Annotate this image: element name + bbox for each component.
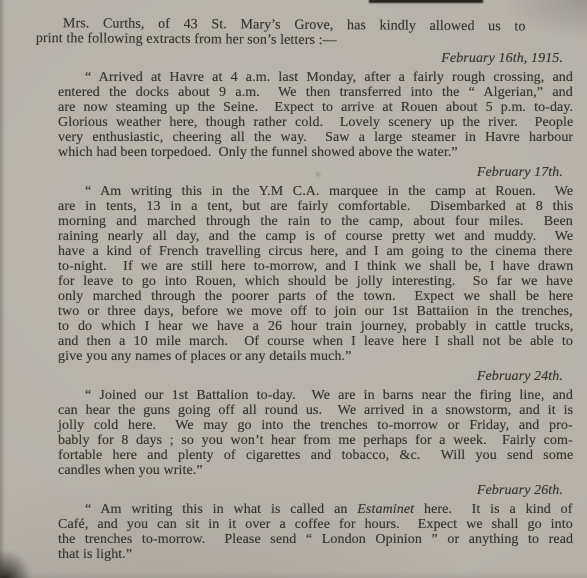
text-line: Glorious weather here, though rather col…	[58, 115, 573, 130]
text-line-content: which had been torpedoed. Only the funne…	[58, 145, 458, 160]
text-line-content: fortable here and plenty of cigarettes a…	[58, 448, 573, 463]
text-line: to-night. If we are still here to-morrow…	[58, 259, 573, 274]
letter-section: February 26th. “ Am writing this in what…	[58, 483, 573, 562]
text-line: only marched through the poorer parts of…	[58, 289, 573, 304]
text-line: bably for 8 days ; so you won’t hear fro…	[58, 433, 573, 448]
letter-body: “ Joined our 1st Battalion to-day. We ar…	[58, 388, 573, 478]
text-line-content: “ Joined our 1st Battalion to-day. We ar…	[85, 388, 573, 403]
text-line: have a kind of French travelling circus …	[58, 244, 573, 259]
letter-date: February 17th.	[58, 165, 573, 180]
text-line: raining nearly all day, and the camp is …	[58, 229, 573, 244]
text-line-content: Glorious weather here, though rather col…	[58, 115, 573, 130]
text-line: are now steaming up the Seine. Expect to…	[58, 100, 573, 115]
text-line: “ Am writing this in the Y.M C.A. marque…	[58, 184, 573, 199]
text-line-content: raining nearly all day, and the camp is …	[58, 229, 573, 244]
letter-body: “ Am writing this in what is called an E…	[58, 502, 573, 562]
text-line-content: are now steaming up the Seine. Expect to…	[58, 100, 573, 115]
text-line: candles when you write.”	[58, 463, 573, 478]
text-line: two or three days, before we move off to…	[58, 304, 573, 319]
text-line-content: very enthusiastic, cheering all the way.…	[58, 130, 573, 145]
text-line-content: are in tents, 13 in a tent, but are fair…	[58, 199, 573, 214]
text-line: and then a 10 mile march. Of course when…	[58, 334, 573, 349]
text-line: morning and marched through the rain to …	[58, 214, 573, 229]
text-line-content: Café, and you can sit in it over a coffe…	[58, 517, 573, 532]
letter-body: “ Arrived at Havre at 4 a.m. last Monday…	[58, 70, 573, 160]
text-line-content: can hear the guns going off all round us…	[58, 403, 573, 418]
text-line-content: “ Arrived at Havre at 4 a.m. last Monday…	[85, 70, 573, 85]
letter-section: February 24th. “ Joined our 1st Battalio…	[58, 369, 573, 478]
text-line-content: only marched through the poorer parts of…	[58, 289, 573, 304]
letter-section: February 17th. “ Am writing this in the …	[58, 165, 573, 364]
text-line: give you any names of places or any deta…	[58, 349, 573, 364]
text-line: jolly cold here. We may go into the tren…	[58, 418, 573, 433]
text-line-content: for leave to go into Rouen, which should…	[58, 274, 573, 289]
text-line-content: bably for 8 days ; so you won’t hear fro…	[58, 433, 573, 448]
text-line-content: print the following extracts from her so…	[36, 31, 337, 48]
scan-edge-artifact	[369, 0, 483, 3]
text-line-content: entered the docks about 9 a.m. We then t…	[58, 85, 573, 100]
text-line-content: “ Am writing this in the Y.M C.A. marque…	[85, 184, 573, 199]
text-line-content: “ Am writing this in what is called an E…	[85, 502, 573, 517]
page-text: Mrs. Curths, of 43 St. Mary’s Grove, has…	[58, 16, 573, 562]
letter-body: “ Am writing this in the Y.M C.A. marque…	[58, 184, 573, 364]
text-line: “ Joined our 1st Battalion to-day. We ar…	[58, 388, 573, 403]
text-line: fortable here and plenty of cigarettes a…	[58, 448, 573, 463]
text-line-content: give you any names of places or any deta…	[58, 349, 351, 364]
letter-date: February 16th, 1915.	[58, 51, 573, 66]
text-line: are in tents, 13 in a tent, but are fair…	[58, 199, 573, 214]
text-line-content: morning and marched through the rain to …	[58, 214, 573, 229]
letter-date: February 26th.	[58, 483, 573, 498]
text-line: the trenches to-morrow. Please send “ Lo…	[58, 532, 573, 547]
text-line-content: jolly cold here. We may go into the tren…	[58, 418, 573, 433]
letter-date: February 24th.	[58, 369, 573, 384]
text-line-content: have a kind of French travelling circus …	[58, 244, 573, 259]
text-line-content: to do which I hear we have a 26 hour tra…	[58, 319, 573, 334]
scanned-page: Mrs. Curths, of 43 St. Mary’s Grove, has…	[0, 0, 587, 578]
text-line: Café, and you can sit in it over a coffe…	[58, 517, 573, 532]
page-corner-shadow	[0, 550, 32, 578]
text-line-content: two or three days, before we move off to…	[58, 304, 573, 319]
text-line: “ Arrived at Havre at 4 a.m. last Monday…	[58, 70, 573, 85]
text-line: which had been torpedoed. Only the funne…	[58, 145, 573, 160]
text-line-content: to-night. If we are still here to-morrow…	[58, 259, 573, 274]
text-line: very enthusiastic, cheering all the way.…	[58, 130, 573, 145]
text-line: can hear the guns going off all round us…	[58, 403, 573, 418]
text-line-content: the trenches to-morrow. Please send “ Lo…	[58, 532, 573, 547]
text-line-content: candles when you write.”	[58, 463, 203, 478]
text-line: for leave to go into Rouen, which should…	[58, 274, 573, 289]
letter-section: February 16th, 1915. “ Arrived at Havre …	[58, 51, 573, 160]
text-line: entered the docks about 9 a.m. We then t…	[58, 85, 573, 100]
intro-paragraph: Mrs. Curths, of 43 St. Mary’s Grove, has…	[36, 16, 557, 50]
text-line: that is light.”	[58, 547, 573, 562]
text-line: “ Am writing this in what is called an E…	[58, 502, 573, 517]
text-line-content: that is light.”	[58, 547, 132, 562]
text-line-content: and then a 10 mile march. Of course when…	[58, 334, 573, 349]
text-line: to do which I hear we have a 26 hour tra…	[58, 319, 573, 334]
